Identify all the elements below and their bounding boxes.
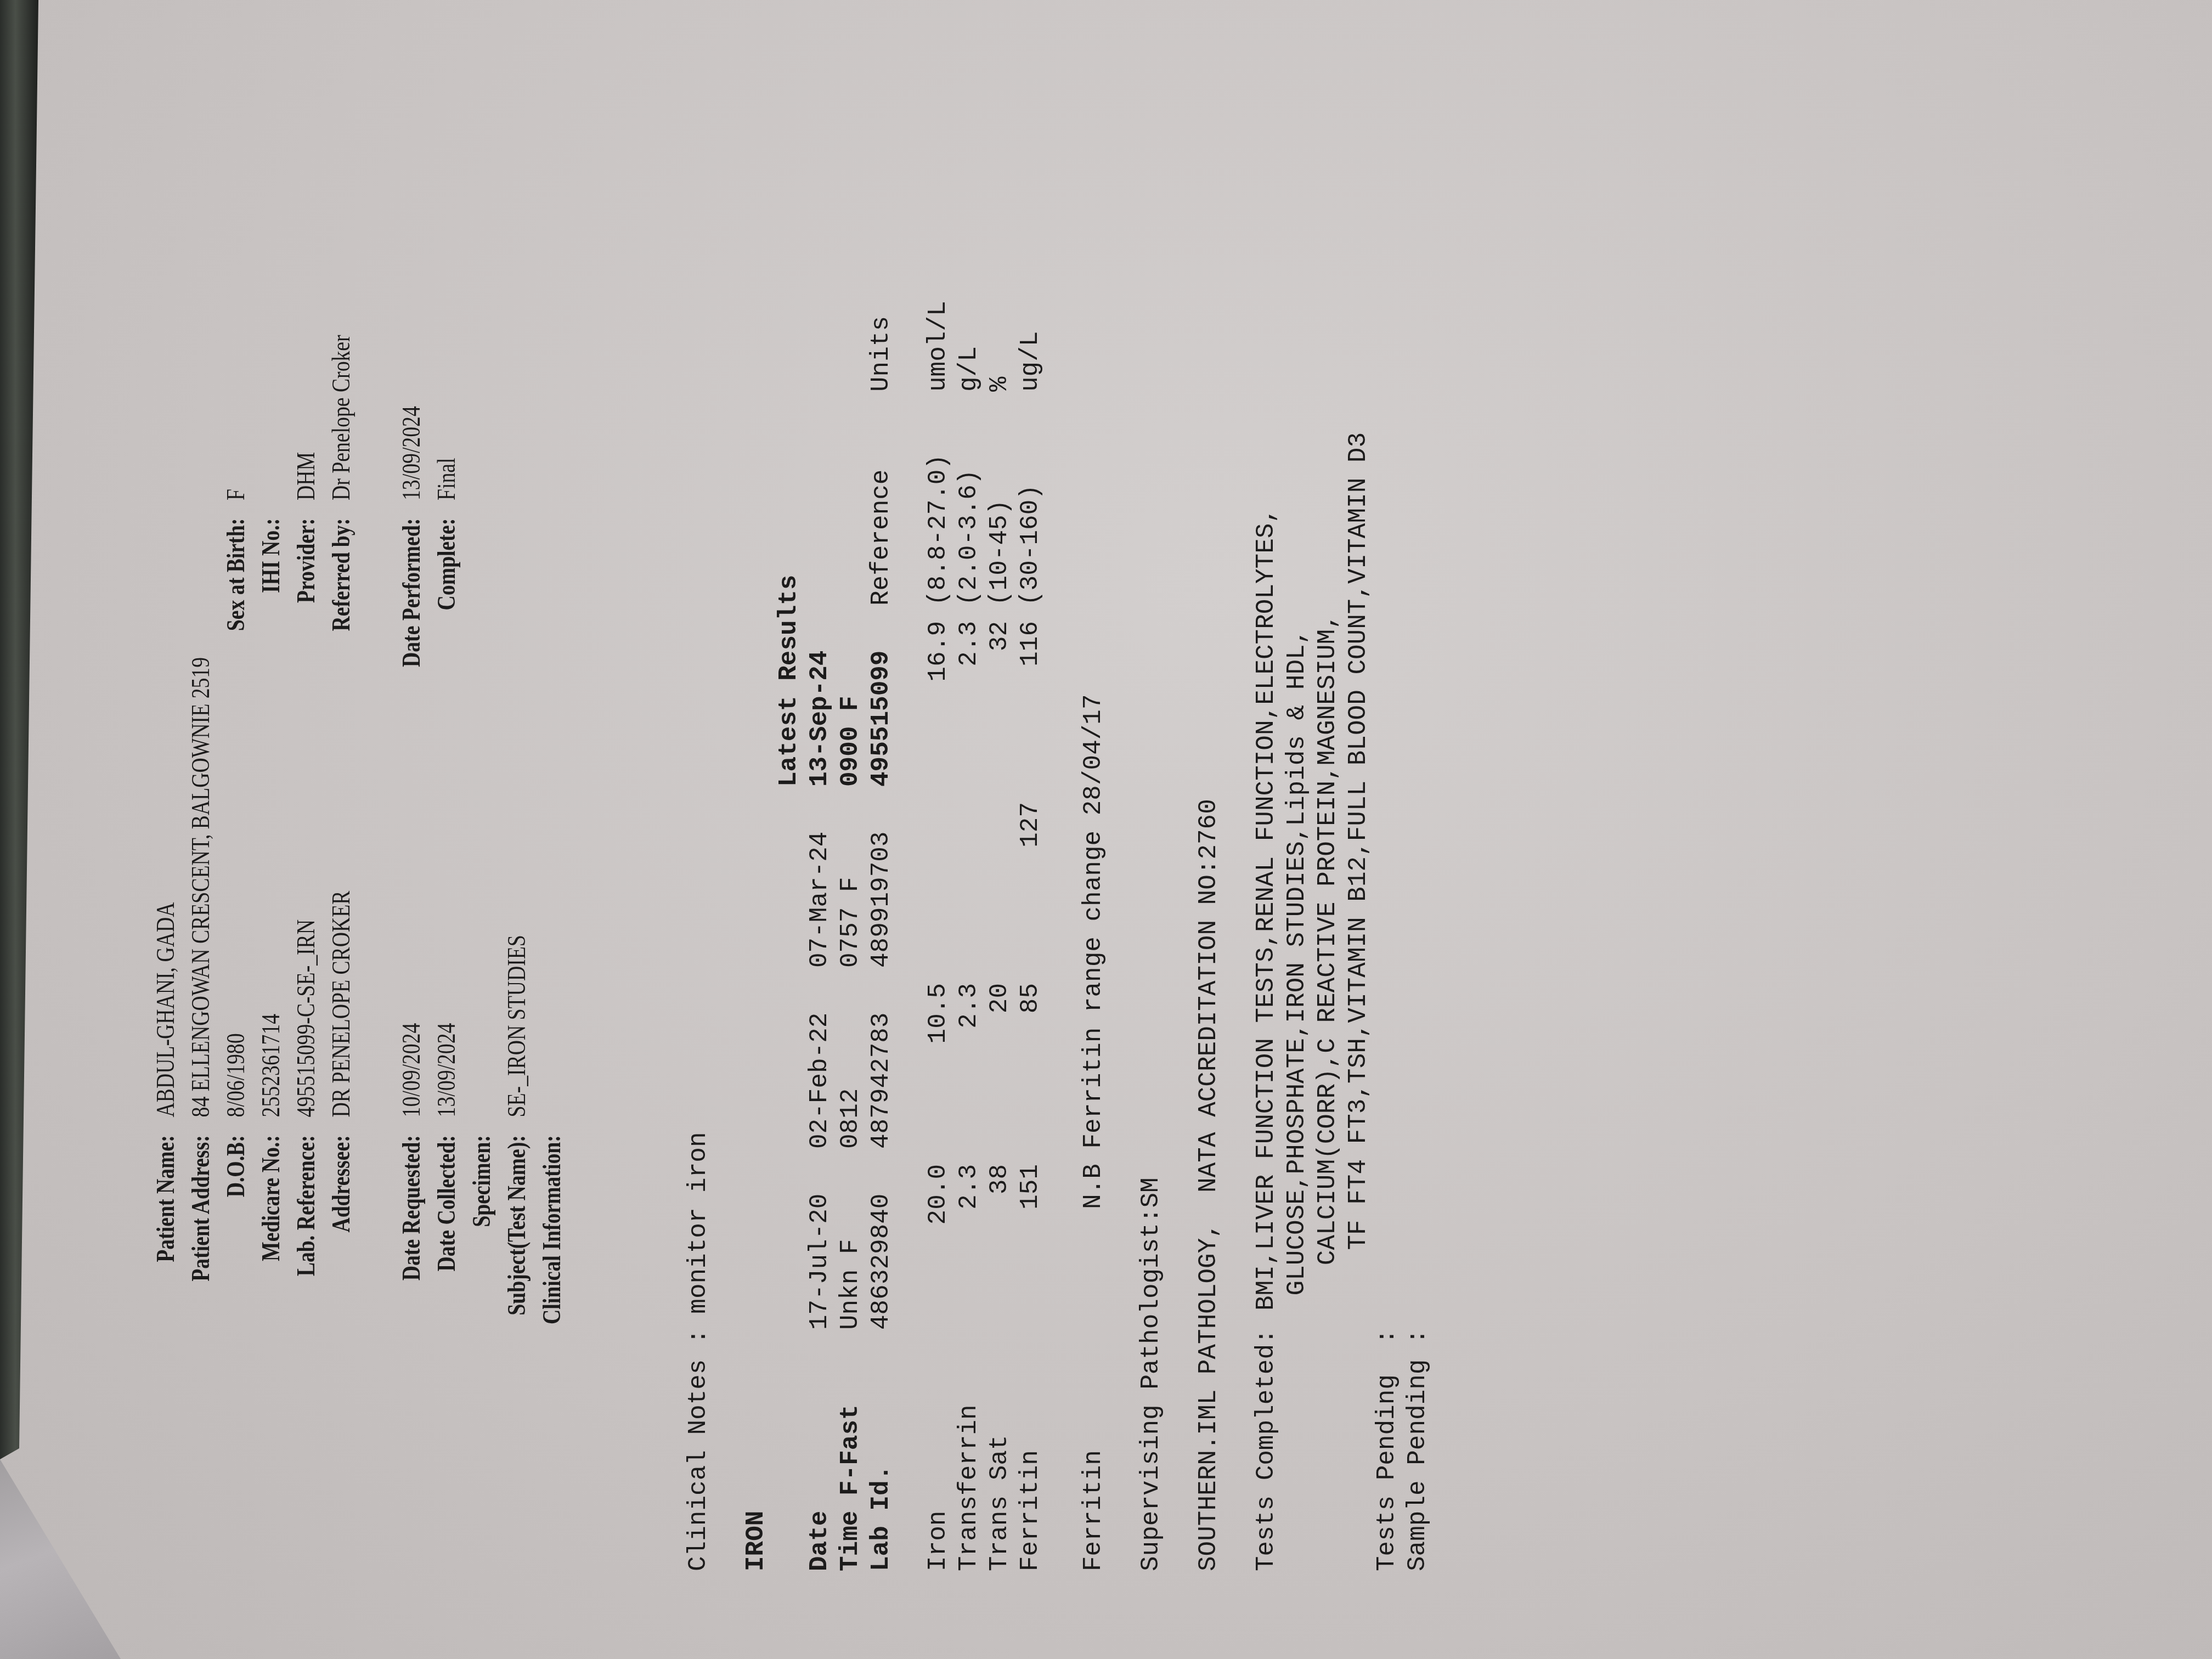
- tests-pending: Tests Pending :: [1372, 1329, 1402, 1571]
- dob: 8/06/1980: [218, 1033, 253, 1117]
- units: ug/L: [1015, 260, 1046, 392]
- provider-row: Provider:DHM: [289, 335, 324, 770]
- pathology-report: Patient Name:ABDUL-GHANI, GADA Patient A…: [0, 13, 1426, 1659]
- result-value: 2.3: [953, 968, 984, 1149]
- date-requested: 10/09/2024: [394, 1023, 429, 1118]
- tests-completed-list: BMI,LIVER FUNCTION TESTS,RENAL FUNCTION,…: [1251, 432, 1374, 1311]
- dob-row: D.O.B:8/06/1980: [218, 657, 253, 1423]
- addressee-row: Addressee:DR PENELOPE CROKER: [324, 657, 359, 1423]
- result-value: 2.3: [953, 1149, 984, 1330]
- date-row: Date 17-Jul-20 02-Feb-22 07-Mar-24 13-Se…: [804, 260, 835, 1571]
- complete-status: Final: [429, 458, 464, 500]
- result-value: 151: [1015, 1149, 1046, 1330]
- date-performed-row: Date Performed:13/09/2024: [394, 335, 429, 770]
- medicare-no: 2552361714: [253, 1014, 289, 1118]
- lab-id-row: Lab Id. 486329840 487942783 489919703 49…: [866, 260, 896, 1571]
- tests-completed-line: CALCIUM(CORR),C REACTIVE PROTEIN,MAGNESI…: [1312, 432, 1343, 1311]
- reference-range: (8.8-27.0): [923, 392, 953, 606]
- addressee: DR PENELOPE CROKER: [324, 891, 359, 1118]
- tests-completed: Tests Completed:BMI,LIVER FUNCTION TESTS…: [1251, 432, 1374, 1571]
- sex-row: Sex at Birth:F: [218, 335, 253, 770]
- sex-at-birth: F: [218, 489, 253, 500]
- time-row: Time F-Fast Unkn F 0812 0757 F 0900 F: [835, 260, 866, 1571]
- result-value: 10.5: [923, 968, 953, 1149]
- result-value: 38: [984, 1149, 1015, 1330]
- reference-header: Reference: [866, 392, 896, 606]
- result-value: 20.0: [923, 1149, 953, 1330]
- date-collected-row: Date Collected:13/09/2024: [429, 657, 464, 1423]
- clinical-notes: Clinical Notes : monitor iron: [683, 1132, 714, 1571]
- lab-accreditation: SOUTHERN.IML PATHOLOGY, NATA ACCREDITATI…: [1193, 799, 1224, 1571]
- table-row: Iron20.010.516.9(8.8-27.0)umol/L: [923, 260, 953, 1571]
- units: %: [984, 260, 1015, 392]
- supervising-pathologist: Supervising Pathologist:SM: [1136, 1177, 1166, 1571]
- referred-by: Dr Penelope Croker: [324, 335, 359, 500]
- ihi-row: IHI No.:: [253, 335, 289, 770]
- result-value: [984, 787, 1015, 968]
- table-row: Ferritin15185127116(30-160)ug/L: [1015, 260, 1046, 1571]
- clinical-information-row: Clinical Information:: [534, 657, 569, 1423]
- patient-name-row: Patient Name:ABDUL-GHANI, GADA: [148, 657, 183, 1423]
- units-header: Units: [866, 260, 896, 392]
- reference-range: (2.0-3.6): [953, 392, 984, 606]
- specimen-row: Specimen:: [464, 657, 499, 1423]
- result-value: 32: [984, 606, 1015, 787]
- provider: DHM: [289, 452, 324, 500]
- reference-range: (30-160): [1015, 392, 1046, 606]
- tests-completed-line: TF FT4 FT3,TSH,VITAMIN B12,FULL BLOOD CO…: [1343, 432, 1374, 1311]
- lab-reference-row: Lab. Reference:495515099-C-SE-_IRN: [289, 657, 324, 1423]
- patient-name: ABDUL-GHANI, GADA: [148, 902, 183, 1118]
- analyte-name: Ferritin: [1015, 1330, 1046, 1571]
- analyte-name: Iron: [923, 1330, 953, 1571]
- request-details: Sex at Birth:F IHI No.: Provider:DHM Ref…: [218, 335, 464, 770]
- patient-details: Patient Name:ABDUL-GHANI, GADA Patient A…: [148, 657, 569, 1423]
- reference-range: (10-45): [984, 392, 1015, 606]
- medicare-row: Medicare No.:2552361714: [253, 657, 289, 1423]
- date-performed: 13/09/2024: [394, 406, 429, 500]
- latest-results-row: Latest Results: [774, 260, 804, 1571]
- section-title: IRON: [741, 1511, 771, 1571]
- referred-by-row: Referred by:Dr Penelope Croker: [324, 335, 359, 770]
- units: umol/L: [923, 260, 953, 392]
- date-collected: 13/09/2024: [429, 1023, 464, 1118]
- result-value: 127: [1015, 787, 1046, 968]
- result-value: [923, 787, 953, 968]
- result-value: 2.3: [953, 606, 984, 787]
- table-row: Transferrin2.32.32.3(2.0-3.6)g/L: [953, 260, 984, 1571]
- tests-completed-line: GLUCOSE,PHOSPHATE,IRON STUDIES,Lipids & …: [1282, 432, 1312, 1311]
- subject-row: Subject(Test Name):SE-_IRON STUDIES: [499, 657, 534, 1423]
- results-table: Latest Results Date 17-Jul-20 02-Feb-22 …: [774, 260, 1046, 1571]
- subject-test-name: SE-_IRON STUDIES: [499, 935, 534, 1117]
- units: g/L: [953, 260, 984, 392]
- ferritin-note-text: N.B Ferritin range change 28/04/17: [1079, 694, 1108, 1209]
- complete-row: Complete:Final: [429, 335, 464, 770]
- latest-results-label: Latest Results: [774, 575, 804, 787]
- sample-pending: Sample Pending :: [1402, 1329, 1433, 1571]
- patient-address: 84 ELLENGOWAN CRESCENT, BALGOWNIE 2519: [183, 657, 218, 1117]
- result-value: 20: [984, 968, 1015, 1149]
- result-value: [953, 787, 984, 968]
- result-value: 85: [1015, 968, 1046, 1149]
- tests-completed-line: BMI,LIVER FUNCTION TESTS,RENAL FUNCTION,…: [1251, 432, 1282, 1311]
- table-row: Trans Sat382032(10-45)%: [984, 260, 1015, 1571]
- date-requested-row: Date Requested:10/09/2024: [394, 657, 429, 1423]
- analyte-name: Trans Sat: [984, 1330, 1015, 1571]
- analyte-name: Transferrin: [953, 1330, 984, 1571]
- result-value: 16.9: [923, 606, 953, 787]
- result-value: 116: [1015, 606, 1046, 787]
- ferritin-note: FerritinN.B Ferritin range change 28/04/…: [1078, 694, 1109, 1571]
- lab-reference: 495515099-C-SE-_IRN: [289, 919, 324, 1117]
- patient-address-row: Patient Address:84 ELLENGOWAN CRESCENT, …: [183, 657, 218, 1423]
